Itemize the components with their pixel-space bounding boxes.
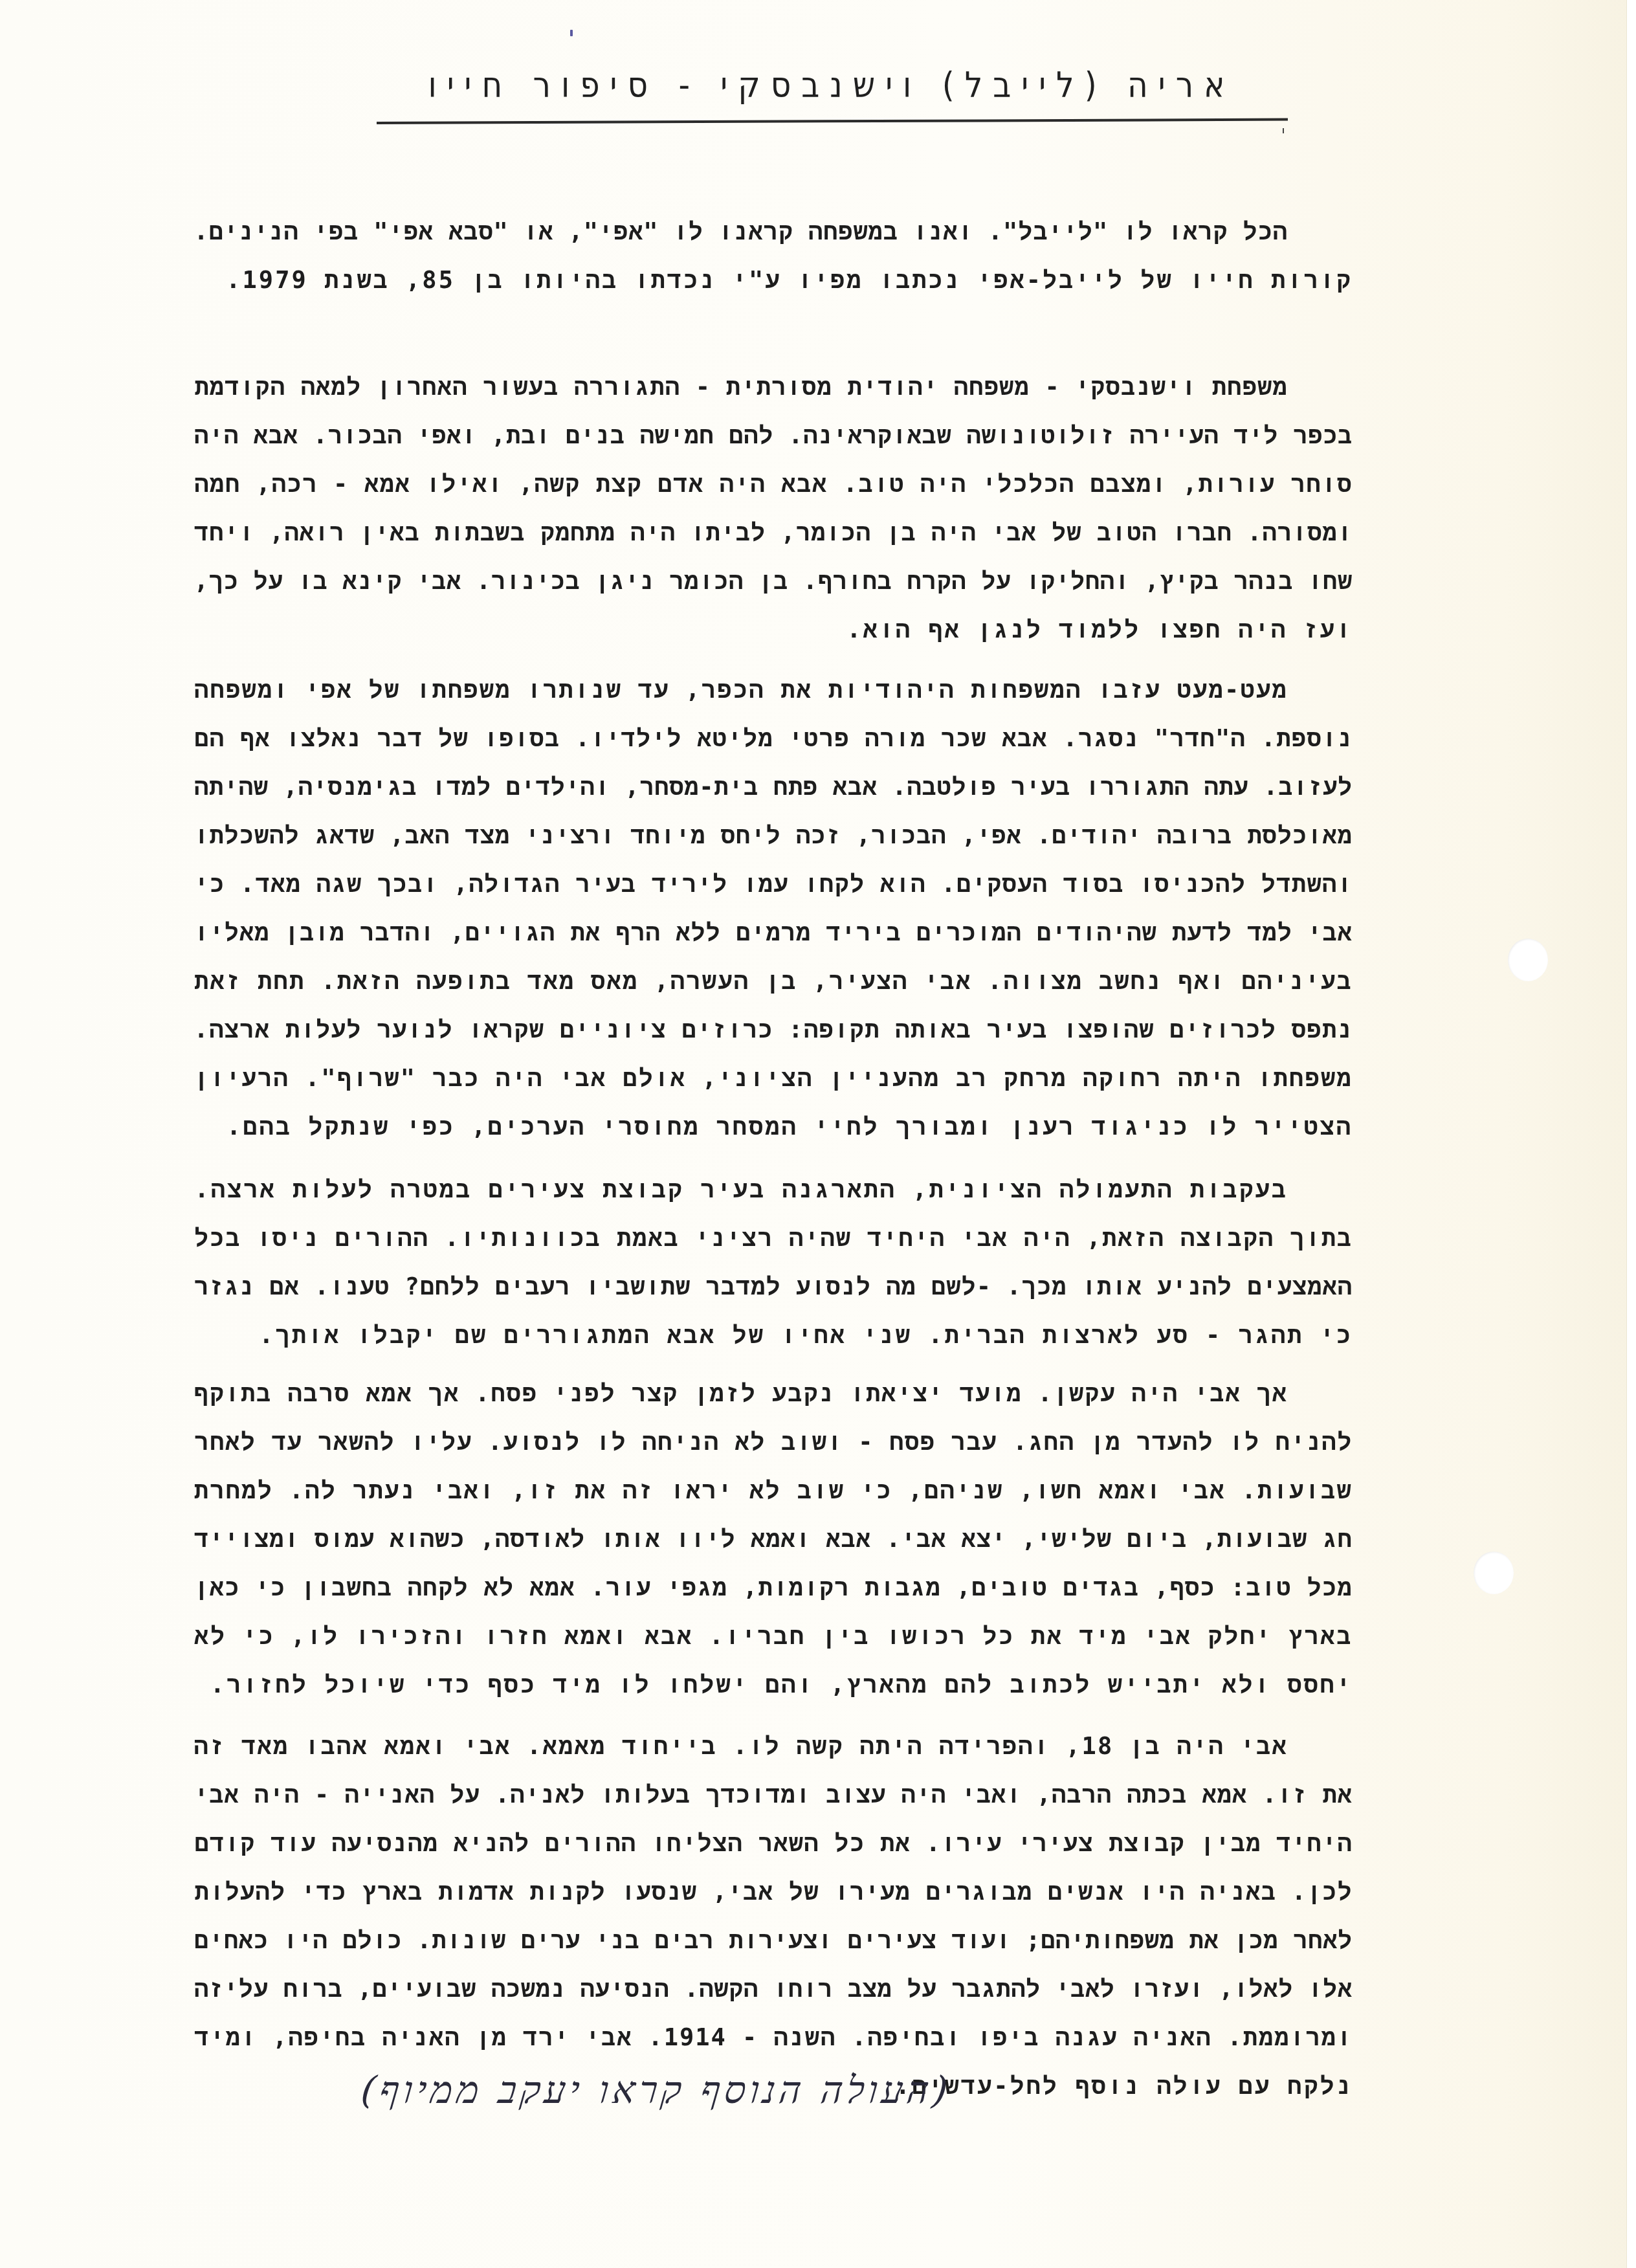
text-line: הכל קראו לו "לייבל". ואנו במשפחה קראנו ל… [194,207,1353,256]
text-line: ועז היה חפצו ללמוד לנגן אף הוא. [194,605,1353,654]
text-line: בעיניהם ואף נחשב מצווה. אבי הצעיר, בן הע… [194,957,1353,1005]
text-line: יחסס ולא יתבייש לכתוב להם מהארץ, והם ישל… [194,1660,1353,1709]
text-line: בכפר ליד העיירה זולוטונושה שבאוקראינה. ל… [194,411,1353,460]
paragraph-zionist-group: בעקבות התעמולה הציונית, התארגנה בעיר קבו… [194,1165,1353,1359]
text-line: אך אבי היה עקשן. מועד יציאתו נקבע לזמן ק… [194,1369,1353,1417]
text-line: הצטייר לו כניגוד רענן ומבורך לחיי המסחר … [194,1102,1353,1151]
text-line: מעט-מעט עזבו המשפחות היהודיות את הכפר, ע… [194,665,1353,714]
text-line: כי תהגר - סע לארצות הברית. שני אחיו של א… [194,1311,1353,1359]
text-line: ומסורה. חברו הטוב של אבי היה בן הכומר, ל… [194,508,1353,557]
paragraph-departure: אך אבי היה עקשן. מועד יציאתו נקבע לזמן ק… [194,1369,1353,1709]
text-line: מאוכלסת ברובה יהודים. אפי, הבכור, זכה לי… [194,811,1353,860]
page-edge [1626,0,1636,2268]
text-line: לאחר מכן את משפחותיהם; ועוד צעירים וצעיר… [194,1916,1353,1964]
paragraph-voyage: אבי היה בן 18, והפרידה היתה קשה לו. בייח… [194,1722,1353,2110]
title-underline [377,118,1288,124]
text-line: ומרוממת. האניה עגנה ביפו ובחיפה. השנה - … [194,2013,1353,2062]
text-line: קורות חייו של לייבל-אפי נכתבו מפיו ע"י נ… [194,256,1353,304]
text-line: נתפס לכרוזים שהופצו בעיר באותה תקופה: כר… [194,1005,1353,1054]
text-line: חג שבועות, ביום שלישי, יצא אבי. אבא ואמא… [194,1515,1353,1563]
scanned-page: אריה (לייבל) וישנבסקי - סיפור חייו הכל ק… [0,0,1636,2268]
text-line: והשתדל להכניסו בסוד העסקים. הוא לקחו עמו… [194,860,1353,908]
text-line: משפחת וישנבסקי - משפחה יהודית מסורתית - … [194,362,1353,411]
paragraph-poltava: מעט-מעט עזבו המשפחות היהודיות את הכפר, ע… [194,665,1353,1151]
handwritten-note: (העולה הנוסף קראו יעקב ממיוף) [269,2068,953,2112]
text-line: משפחתו היתה רחוקה מרחק רב מהעניין הציוני… [194,1054,1353,1102]
text-line: נוספת. ה"חדר" נסגר. אבא שכר מורה פרטי מל… [194,714,1353,762]
text-line: לכן. באניה היו אנשים מבוגרים מעירו של אב… [194,1867,1353,1916]
text-line: סוחר עורות, ומצבם הכלכלי היה טוב. אבא הי… [194,460,1353,508]
punch-hole [1508,939,1548,981]
text-line: אבי היה בן 18, והפרידה היתה קשה לו. בייח… [194,1722,1353,1770]
text-line: בתוך הקבוצה הזאת, היה אבי היחיד שהיה רצי… [194,1214,1353,1262]
text-line: לעזוב. עתה התגוררו בעיר פולטבה. אבא פתח … [194,762,1353,811]
pen-mark [570,30,573,36]
underline-tick-mark [1283,128,1284,133]
text-line: אלו לאלו, ועזרו לאבי להתגבר על מצב רוחו … [194,1964,1353,2013]
text-line: היחיד מבין קבוצת צעירי עירו. את כל השאר … [194,1819,1353,1867]
text-line: שחו בנהר בקיץ, והחליקו על הקרח בחורף. בן… [194,557,1353,605]
text-line: בעקבות התעמולה הציונית, התארגנה בעיר קבו… [194,1165,1353,1214]
document-title: אריה (לייבל) וישנבסקי - סיפור חייו [375,65,1288,106]
text-line: מכל טוב: כסף, בגדים טובים, מגבות רקומות,… [194,1563,1353,1612]
text-line: בארץ יחלק אבי מיד את כל רכושו בין חבריו.… [194,1612,1353,1660]
paragraph-family: משפחת וישנבסקי - משפחה יהודית מסורתית - … [194,362,1353,654]
text-line: האמצעים להניע אותו מכך. -לשם מה לנסוע למ… [194,1262,1353,1311]
text-line: להניח לו להעדר מן החג. עבר פסח - ושוב לא… [194,1417,1353,1466]
paragraph-intro: הכל קראו לו "לייבל". ואנו במשפחה קראנו ל… [194,207,1353,304]
text-line: אבי למד לדעת שהיהודים המוכרים ביריד מרמי… [194,908,1353,957]
text-line: שבועות. אבי ואמא חשו, שניהם, כי שוב לא י… [194,1466,1353,1515]
text-line: את זו. אמא בכתה הרבה, ואבי היה עצוב ומדו… [194,1770,1353,1819]
punch-hole [1474,1551,1514,1594]
